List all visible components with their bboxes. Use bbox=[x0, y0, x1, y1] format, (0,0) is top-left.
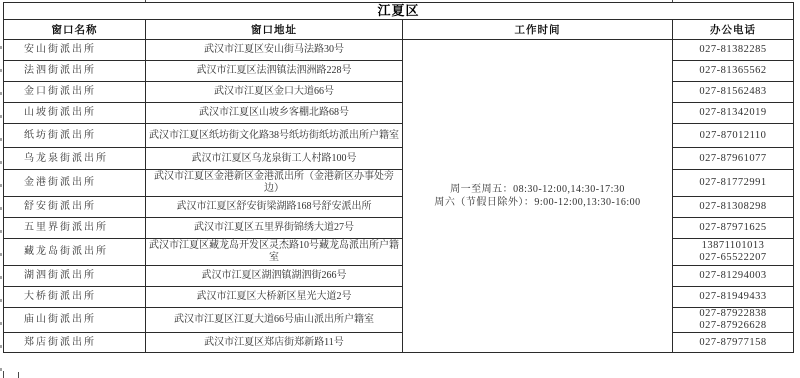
table-row: 湖泗街派出所武汉市江夏区湖泗镇湖泗街266号027-81294003 bbox=[4, 266, 794, 287]
station-name: 乌龙泉街派出所 bbox=[4, 148, 146, 170]
station-address: 武汉市江夏区五里界街锦绣大道27号 bbox=[146, 218, 403, 239]
station-name: 山坡街派出所 bbox=[4, 103, 146, 124]
district-title-row: 江夏区 bbox=[4, 3, 794, 20]
station-address: 武汉市江夏区纸坊街文化路38号纸坊街纸坊派出所户籍室 bbox=[146, 124, 403, 148]
station-name: 五里界街派出所 bbox=[4, 218, 146, 239]
col-header-work-time: 工作时间 bbox=[403, 20, 673, 40]
station-phone-cell: 027-81382285 bbox=[673, 40, 794, 61]
station-address: 武汉市江夏区乌龙泉街工人村路100号 bbox=[146, 148, 403, 170]
phone-number: 027-81365562 bbox=[675, 65, 791, 77]
station-phone-cell: 027-81562483 bbox=[673, 82, 794, 103]
document-sheet: 江夏区 窗口名称 窗口地址 工作时间 办公电话 安山街派出所武汉市江夏区安山街马… bbox=[0, 0, 800, 378]
phone-number: 027-87922838 bbox=[675, 308, 791, 320]
station-name: 舒安街派出所 bbox=[4, 197, 146, 218]
station-name: 藏龙岛街派出所 bbox=[4, 239, 146, 266]
table-row: 金港街派出所武汉市江夏区金港新区金港派出所（金港新区办事处旁边）027-8177… bbox=[4, 170, 794, 197]
station-phone-cell: 027-87961077 bbox=[673, 148, 794, 170]
station-phone-cell: 13871101013027-65522207 bbox=[673, 239, 794, 266]
phone-number: 027-87961077 bbox=[675, 153, 791, 165]
station-address: 武汉市江夏区金港新区金港派出所（金港新区办事处旁边） bbox=[146, 170, 403, 197]
table-row: 庙山街派出所武汉市江夏区江夏大道66号庙山派出所户籍室027-879228380… bbox=[4, 308, 794, 333]
district-title: 江夏区 bbox=[4, 3, 794, 20]
table-row: 大桥街派出所武汉市江夏区大桥新区星光大道2号027-81949433 bbox=[4, 287, 794, 308]
station-phone-cell: 027-81342019 bbox=[673, 103, 794, 124]
table-body: 安山街派出所武汉市江夏区安山街马法路30号周一至周五：08:30-12:00,1… bbox=[4, 40, 794, 353]
table-row: 藏龙岛街派出所武汉市江夏区藏龙岛开发区灵杰路10号藏龙岛派出所户籍室138711… bbox=[4, 239, 794, 266]
column-header-row: 窗口名称 窗口地址 工作时间 办公电话 bbox=[4, 20, 794, 40]
station-name: 郑店街派出所 bbox=[4, 333, 146, 353]
station-address: 武汉市江夏区法泗镇法泗洲路228号 bbox=[146, 61, 403, 82]
phone-number: 027-81342019 bbox=[675, 107, 791, 119]
phone-number: 027-87926628 bbox=[675, 320, 791, 332]
station-name: 金港街派出所 bbox=[4, 170, 146, 197]
station-name: 纸坊街派出所 bbox=[4, 124, 146, 148]
station-phone-cell: 027-87977158 bbox=[673, 333, 794, 353]
work-time-line2: 周六（节假日除外）：9:00-12:00,13:30-16:00 bbox=[405, 196, 670, 209]
col-header-window-address: 窗口地址 bbox=[146, 20, 403, 40]
next-row-border-stub bbox=[3, 371, 4, 378]
left-gutter-marks bbox=[0, 46, 2, 376]
col-header-office-phone: 办公电话 bbox=[673, 20, 794, 40]
station-phone-cell: 027-81308298 bbox=[673, 197, 794, 218]
table-row: 山坡街派出所武汉市江夏区山坡乡客棚北路68号027-81342019 bbox=[4, 103, 794, 124]
station-address: 武汉市江夏区大桥新区星光大道2号 bbox=[146, 287, 403, 308]
table-row: 金口街派出所武汉市江夏区金口大道66号027-81562483 bbox=[4, 82, 794, 103]
station-address: 武汉市江夏区湖泗镇湖泗街266号 bbox=[146, 266, 403, 287]
station-phone-cell: 027-81949433 bbox=[673, 287, 794, 308]
jiangxia-table-wrap: 江夏区 窗口名称 窗口地址 工作时间 办公电话 安山街派出所武汉市江夏区安山街马… bbox=[3, 2, 794, 353]
station-name: 法泗街派出所 bbox=[4, 61, 146, 82]
next-row-border-stub bbox=[18, 372, 19, 378]
station-phone-cell: 027-81365562 bbox=[673, 61, 794, 82]
station-address: 武汉市江夏区山坡乡客棚北路68号 bbox=[146, 103, 403, 124]
table-row: 法泗街派出所武汉市江夏区法泗镇法泗洲路228号027-81365562 bbox=[4, 61, 794, 82]
work-time-merged-cell: 周一至周五：08:30-12:00,14:30-17:30周六（节假日除外）：9… bbox=[403, 40, 673, 353]
station-address: 武汉市江夏区舒安街梁湖路168号舒安派出所 bbox=[146, 197, 403, 218]
phone-number: 027-87012110 bbox=[675, 130, 791, 142]
table-row: 郑店街派出所武汉市江夏区郑店街郑新路11号027-87977158 bbox=[4, 333, 794, 353]
table-row: 乌龙泉街派出所武汉市江夏区乌龙泉街工人村路100号027-87961077 bbox=[4, 148, 794, 170]
station-address: 武汉市江夏区金口大道66号 bbox=[146, 82, 403, 103]
phone-number: 027-81949433 bbox=[675, 291, 791, 303]
phone-number: 027-87971625 bbox=[675, 222, 791, 234]
police-station-table: 江夏区 窗口名称 窗口地址 工作时间 办公电话 安山街派出所武汉市江夏区安山街马… bbox=[3, 2, 794, 353]
phone-number: 027-81308298 bbox=[675, 201, 791, 213]
station-phone-cell: 027-87012110 bbox=[673, 124, 794, 148]
col-header-window-name: 窗口名称 bbox=[4, 20, 146, 40]
phone-number: 027-81562483 bbox=[675, 86, 791, 98]
phone-number: 027-87977158 bbox=[675, 337, 791, 349]
table-row: 舒安街派出所武汉市江夏区舒安街梁湖路168号舒安派出所027-81308298 bbox=[4, 197, 794, 218]
station-name: 湖泗街派出所 bbox=[4, 266, 146, 287]
station-address: 武汉市江夏区江夏大道66号庙山派出所户籍室 bbox=[146, 308, 403, 333]
table-row: 纸坊街派出所武汉市江夏区纸坊街文化路38号纸坊街纸坊派出所户籍室027-8701… bbox=[4, 124, 794, 148]
station-name: 安山街派出所 bbox=[4, 40, 146, 61]
station-phone-cell: 027-87922838027-87926628 bbox=[673, 308, 794, 333]
station-address: 武汉市江夏区安山街马法路30号 bbox=[146, 40, 403, 61]
station-phone-cell: 027-81772991 bbox=[673, 170, 794, 197]
station-name: 庙山街派出所 bbox=[4, 308, 146, 333]
station-address: 武汉市江夏区藏龙岛开发区灵杰路10号藏龙岛派出所户籍室 bbox=[146, 239, 403, 266]
phone-number: 13871101013 bbox=[675, 240, 791, 252]
table-row: 安山街派出所武汉市江夏区安山街马法路30号周一至周五：08:30-12:00,1… bbox=[4, 40, 794, 61]
table-row: 五里界街派出所武汉市江夏区五里界街锦绣大道27号027-87971625 bbox=[4, 218, 794, 239]
station-phone-cell: 027-81294003 bbox=[673, 266, 794, 287]
phone-number: 027-81294003 bbox=[675, 270, 791, 282]
work-time-line1: 周一至周五：08:30-12:00,14:30-17:30 bbox=[405, 183, 670, 196]
station-name: 金口街派出所 bbox=[4, 82, 146, 103]
station-phone-cell: 027-87971625 bbox=[673, 218, 794, 239]
station-address: 武汉市江夏区郑店街郑新路11号 bbox=[146, 333, 403, 353]
phone-number: 027-81772991 bbox=[675, 177, 791, 189]
phone-number: 027-65522207 bbox=[675, 252, 791, 264]
phone-number: 027-81382285 bbox=[675, 44, 791, 56]
station-name: 大桥街派出所 bbox=[4, 287, 146, 308]
